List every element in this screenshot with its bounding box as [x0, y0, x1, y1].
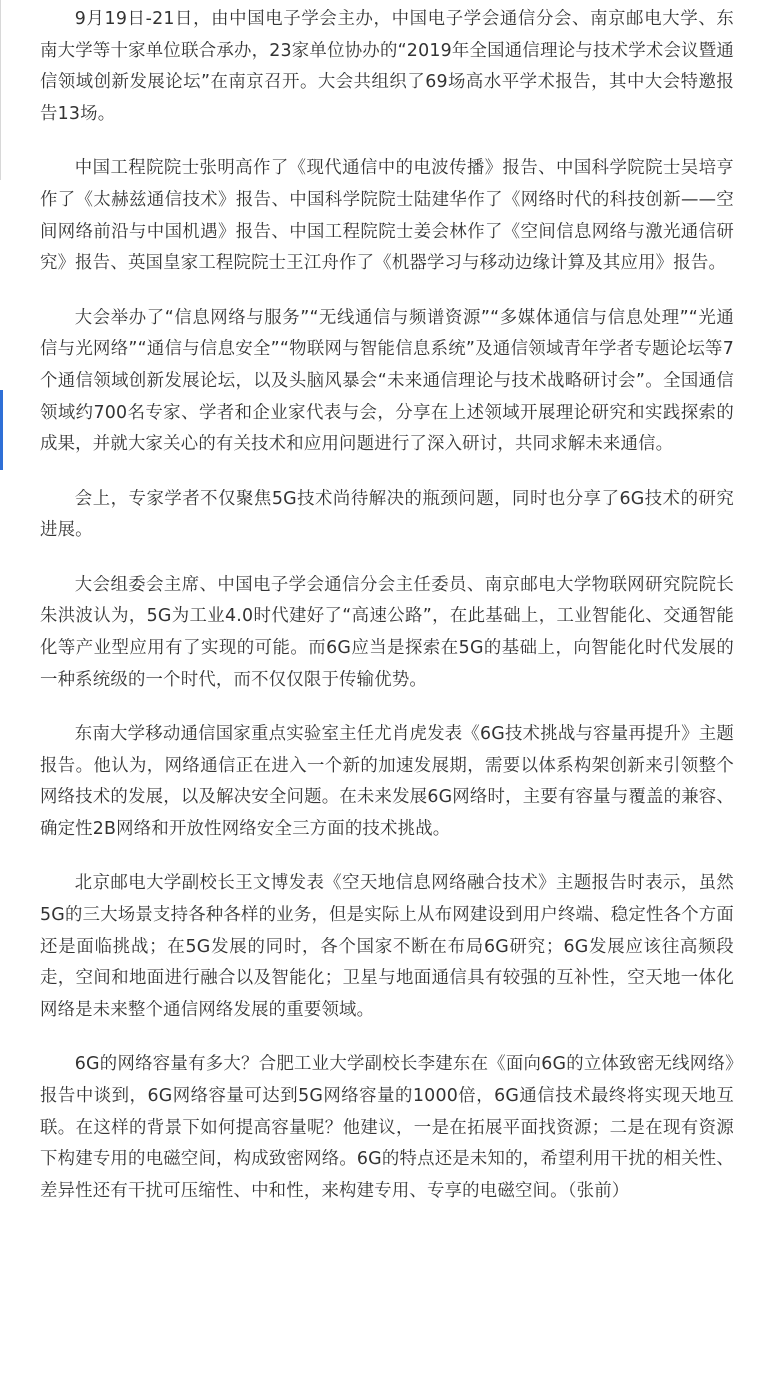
paragraph-3: 大会举办了“信息网络与服务”“无线通信与频谱资源”“多媒体通信与信息处理”“光通… — [40, 303, 734, 462]
paragraph-4: 会上，专家学者不仅聚焦5G技术尚待解决的瓶颈问题，同时也分享了6G技术的研究进展… — [40, 484, 734, 547]
paragraph-5: 大会组委会主席、中国电子学会通信分会主任委员、南京邮电大学物联网研究院院长朱洪波… — [40, 570, 734, 697]
article-body: 9月19日-21日，由中国电子学会主办，中国电子学会通信分会、南京邮电大学、东南… — [40, 4, 734, 1230]
paragraph-2: 中国工程院院士张明高作了《现代通信中的电波传播》报告、中国科学院院士吴培亨作了《… — [40, 153, 734, 280]
paragraph-7: 北京邮电大学副校长王文博发表《空天地信息网络融合技术》主题报告时表示，虽然5G的… — [40, 868, 734, 1027]
left-border-line — [0, 0, 1, 180]
paragraph-8: 6G的网络容量有多大？合肥工业大学副校长李建东在《面向6G的立体致密无线网络》报… — [40, 1049, 734, 1208]
paragraph-1: 9月19日-21日，由中国电子学会主办，中国电子学会通信分会、南京邮电大学、东南… — [40, 4, 734, 131]
left-accent-bar — [0, 390, 3, 470]
paragraph-6: 东南大学移动通信国家重点实验室主任尤肖虎发表《6G技术挑战与容量再提升》主题报告… — [40, 719, 734, 846]
